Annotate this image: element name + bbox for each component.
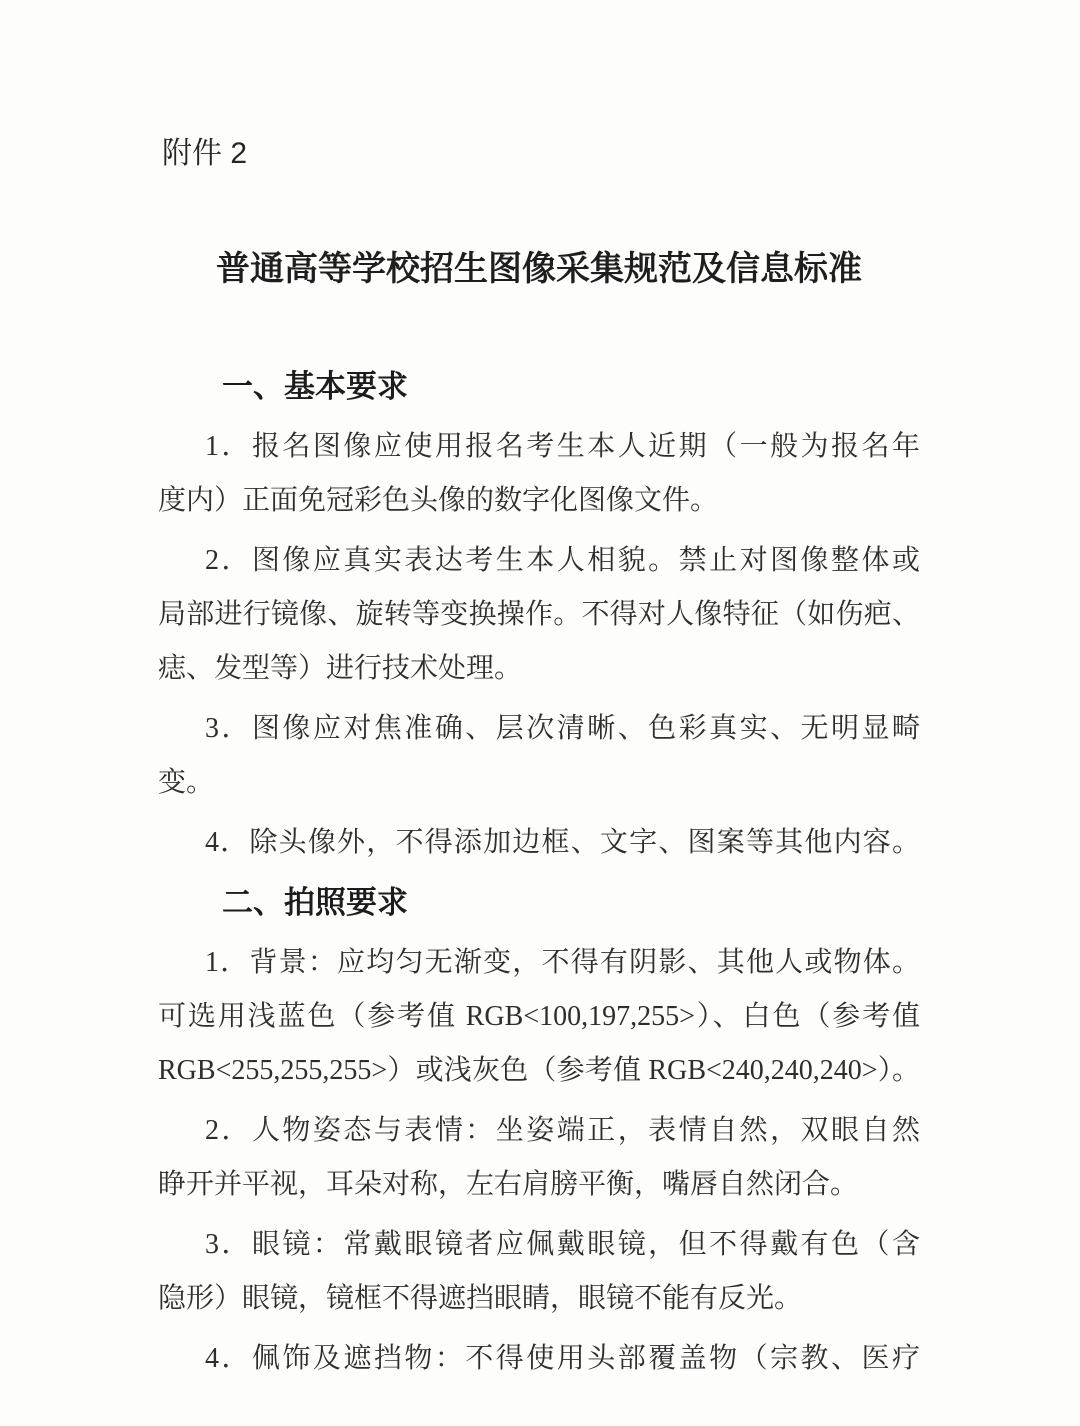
section-heading-1: 一、基本要求 bbox=[222, 360, 920, 414]
body-line: 痣、发型等）进行技术处理。 bbox=[158, 642, 920, 696]
body-line: RGB<255,255,255>）或浅灰色（参考值 RGB<240,240,24… bbox=[158, 1044, 920, 1098]
document-body: 一、基本要求 1．报名图像应使用报名考生本人近期（一般为报名年 度内）正面免冠彩… bbox=[158, 360, 920, 1386]
attachment-label: 附件 2 bbox=[162, 136, 920, 172]
body-line: 睁开并平视，耳朵对称，左右肩膀平衡，嘴唇自然闭合。 bbox=[158, 1158, 920, 1212]
body-line: 3．图像应对焦准确、层次清晰、色彩真实、无明显畸 bbox=[158, 702, 920, 756]
text-column: 附件 2 普通高等学校招生图像采集规范及信息标准 一、基本要求 1．报名图像应使… bbox=[0, 136, 1080, 1386]
body-line: 可选用浅蓝色（参考值 RGB<100,197,255>）、白色（参考值 bbox=[158, 990, 920, 1044]
body-line: 4．佩饰及遮挡物：不得使用头部覆盖物（宗教、医疗 bbox=[158, 1332, 920, 1386]
body-line: 局部进行镜像、旋转等变换操作。不得对人像特征（如伤疤、 bbox=[158, 588, 920, 642]
body-line: 1．报名图像应使用报名考生本人近期（一般为报名年 bbox=[158, 420, 920, 474]
body-line: 2．人物姿态与表情：坐姿端正，表情自然，双眼自然 bbox=[158, 1104, 920, 1158]
body-line: 2．图像应真实表达考生本人相貌。禁止对图像整体或 bbox=[158, 534, 920, 588]
body-line: 3．眼镜：常戴眼镜者应佩戴眼镜，但不得戴有色（含 bbox=[158, 1218, 920, 1272]
body-line: 度内）正面免冠彩色头像的数字化图像文件。 bbox=[158, 474, 920, 528]
body-line: 1．背景：应均匀无渐变，不得有阴影、其他人或物体。 bbox=[158, 936, 920, 990]
document-page: 附件 2 普通高等学校招生图像采集规范及信息标准 一、基本要求 1．报名图像应使… bbox=[0, 0, 1080, 1426]
body-line: 4．除头像外，不得添加边框、文字、图案等其他内容。 bbox=[158, 816, 920, 870]
document-title: 普通高等学校招生图像采集规范及信息标准 bbox=[158, 248, 920, 292]
body-line: 隐形）眼镜，镜框不得遮挡眼睛，眼镜不能有反光。 bbox=[158, 1272, 920, 1326]
section-heading-2: 二、拍照要求 bbox=[222, 876, 920, 930]
body-line: 变。 bbox=[158, 756, 920, 810]
